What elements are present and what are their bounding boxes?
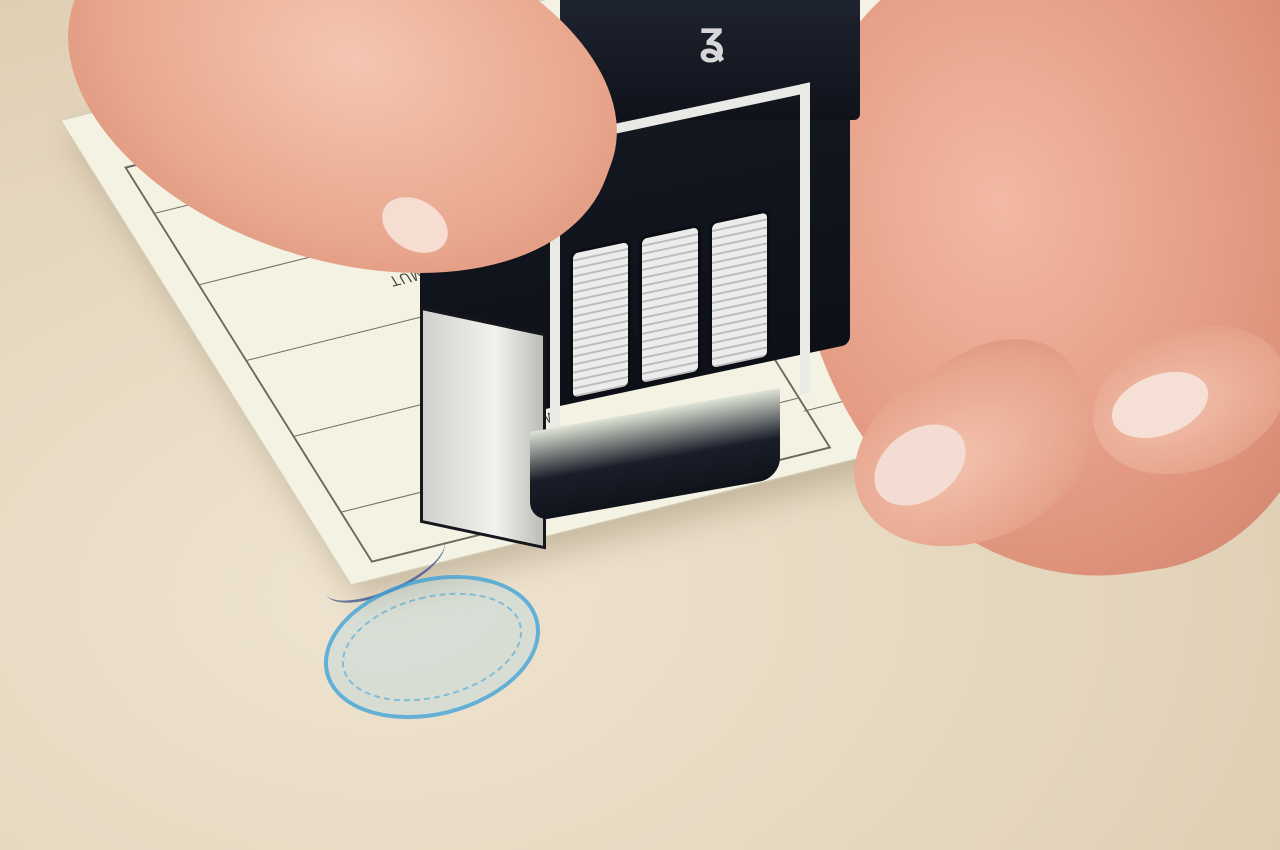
stamp-band	[639, 223, 700, 386]
stamp-band	[709, 209, 770, 372]
stamp-logo-icon: ʓ	[700, 10, 740, 65]
stamp-band	[570, 238, 631, 401]
photo-scene: MUT MUT MUT MUT 25 JAN 2009 12 1967 9805…	[0, 0, 1280, 850]
stamp-side-leg	[420, 307, 546, 550]
